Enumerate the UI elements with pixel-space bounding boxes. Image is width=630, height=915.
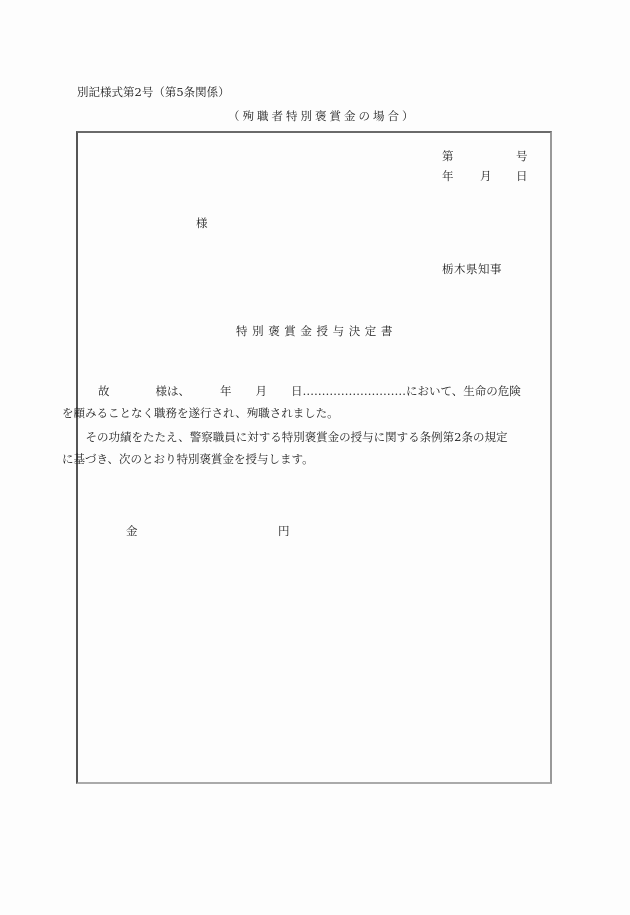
date-year: 年	[442, 168, 454, 184]
paragraph-2-line-1: その功績をたたえ、警察職員に対する特別褒賞金の授与に関する条例第2条の規定	[74, 426, 546, 448]
day-label: 日	[291, 384, 303, 398]
amount-label: 金	[126, 523, 138, 539]
year-label: 年	[220, 384, 232, 398]
date-day: 日	[516, 168, 528, 184]
sama-label: 様は、	[156, 384, 191, 398]
amount-unit: 円	[278, 523, 290, 539]
document-title: 特別褒賞金授与決定書	[236, 323, 397, 339]
deceased-label: 故	[98, 384, 110, 398]
paragraph-2-line-2: に基づき、次のとおり特別褒賞金を授与します。	[62, 448, 546, 470]
document-number-suffix: 号	[516, 148, 528, 164]
paragraph-1-line-1: 故様は、年月日………………………において、生命の危険	[86, 380, 546, 402]
paragraph-1-rest: ………………………において、生命の危険	[303, 384, 521, 398]
recipient-honorific: 様	[196, 215, 208, 231]
issuer: 栃木県知事	[442, 261, 502, 277]
form-identifier: 別記様式第2号（第5条関係）	[77, 84, 230, 100]
paragraph-1: 故様は、年月日………………………において、生命の危険 を顧みることなく職務を遂行…	[86, 380, 546, 424]
case-label: （殉職者特別褒賞金の場合）	[228, 108, 417, 124]
paragraph-1-line-2: を顧みることなく職務を遂行され、殉職されました。	[62, 402, 546, 424]
month-label: 月	[256, 384, 268, 398]
document-number-prefix: 第	[442, 148, 454, 164]
date-month: 月	[480, 168, 492, 184]
paragraph-2: その功績をたたえ、警察職員に対する特別褒賞金の授与に関する条例第2条の規定 に基…	[86, 426, 546, 470]
